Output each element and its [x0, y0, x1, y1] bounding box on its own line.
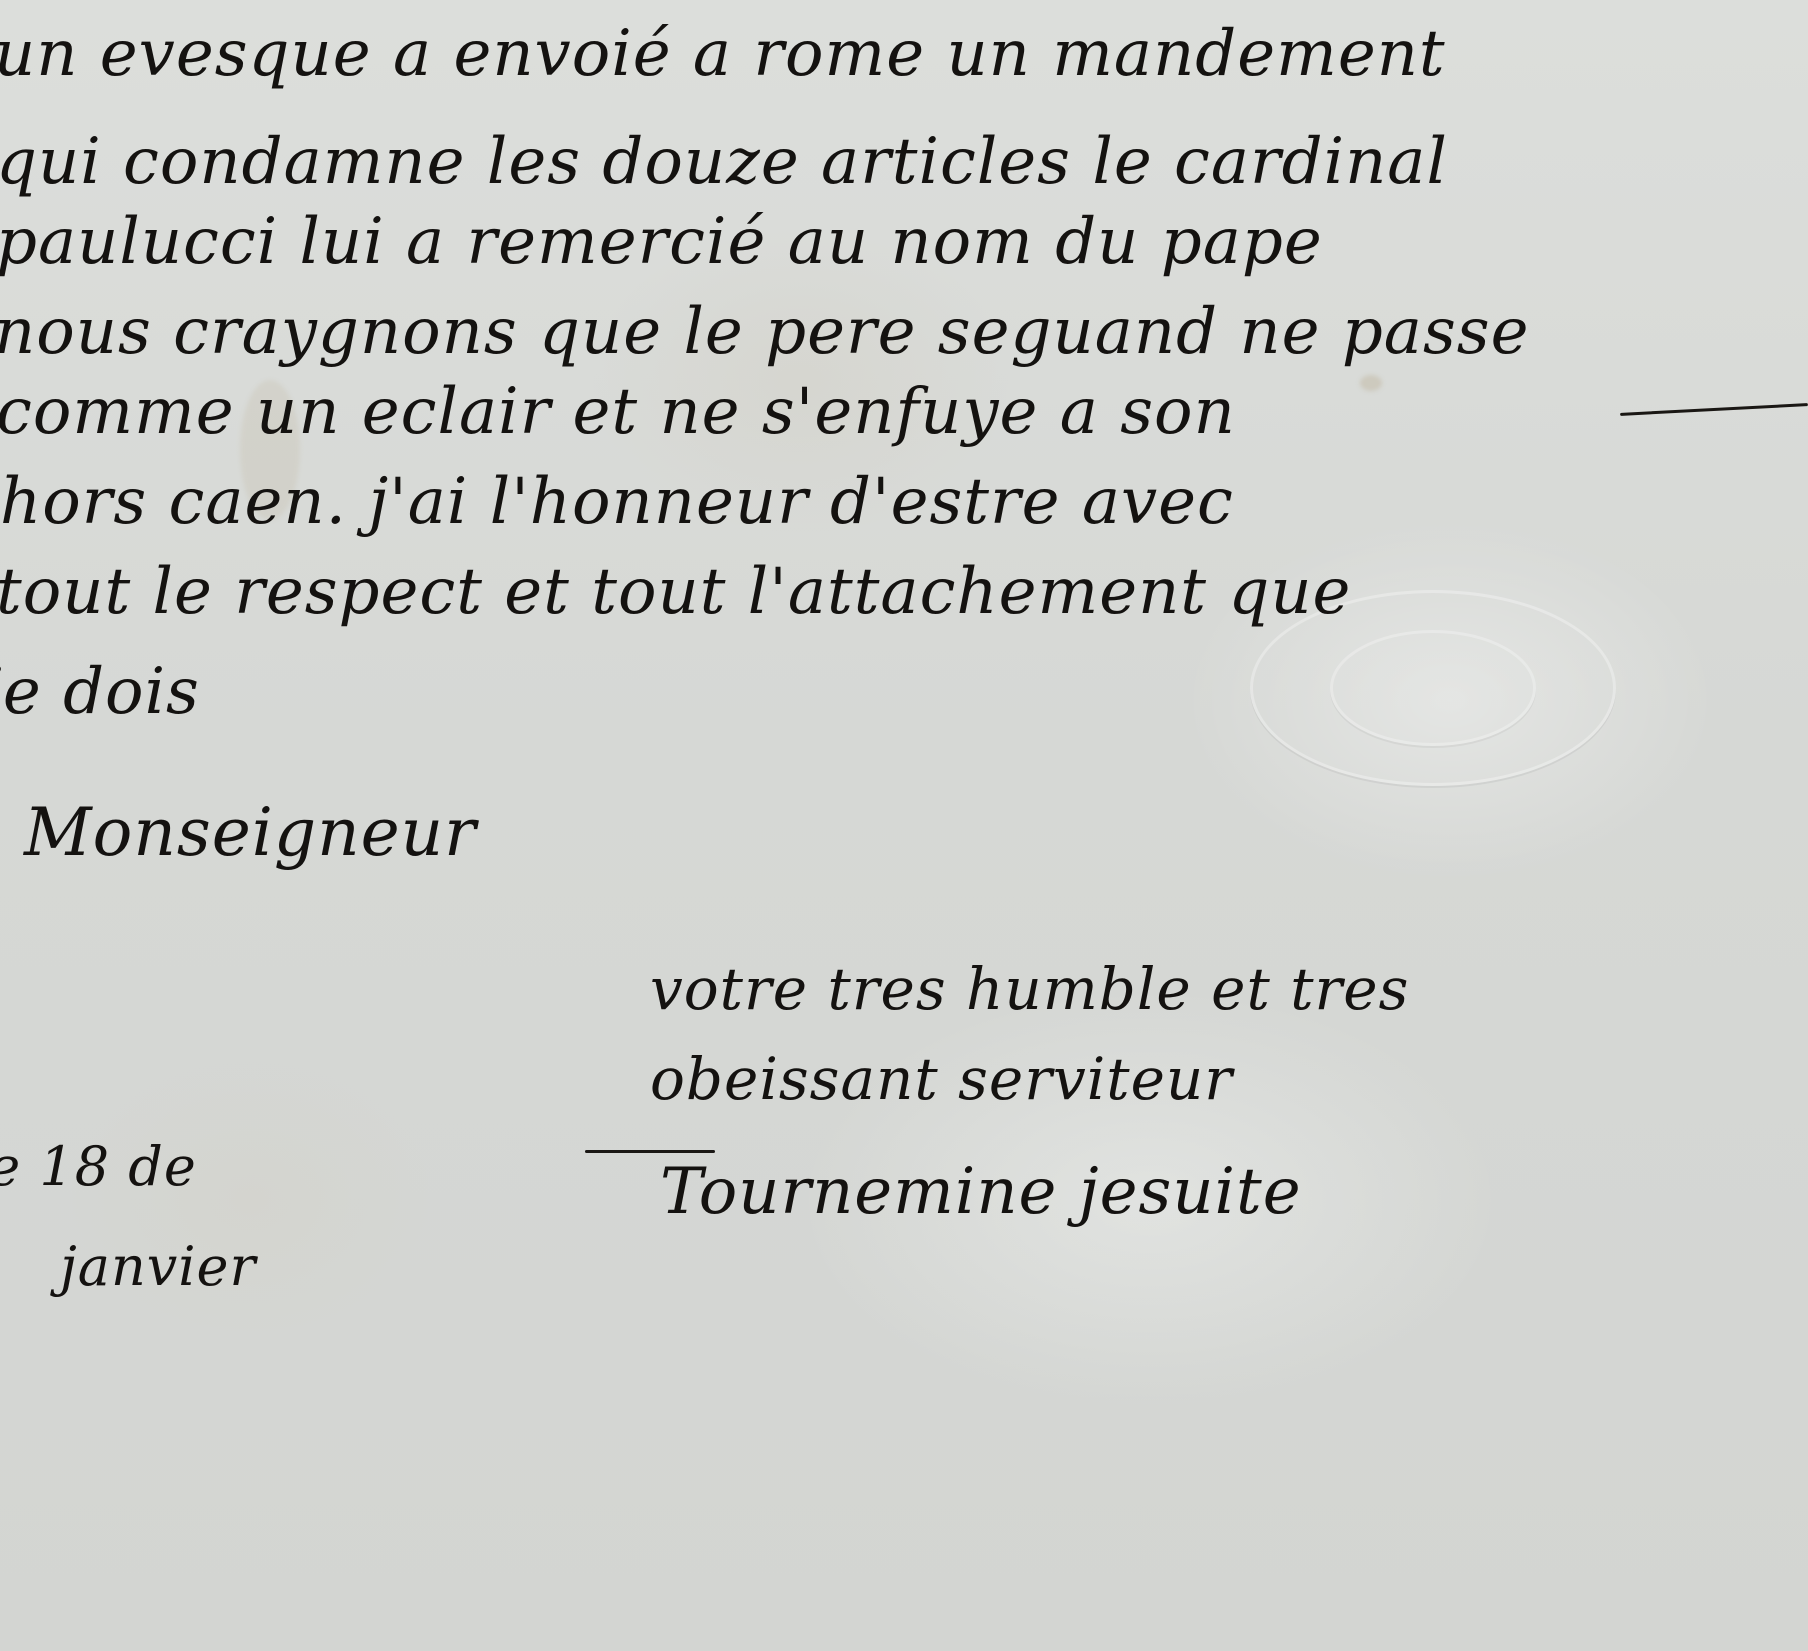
signature: Tournemine jesuite — [660, 1160, 1302, 1224]
closing-line-1: votre tres humble et tres — [650, 960, 1409, 1018]
body-line-4: nous craygnons que le pere seguand ne pa… — [0, 300, 1530, 364]
date-line-2: janvier — [60, 1240, 256, 1294]
paper-stain — [1360, 375, 1382, 391]
body-line-7: tout le respect et tout l'attachement qu… — [0, 560, 1351, 624]
body-line-8: je dois — [0, 660, 200, 724]
body-line-1: un evesque a envoié a rome un mandement — [0, 22, 1446, 86]
seal-impression-inner — [1330, 630, 1536, 746]
body-line-5: comme un eclair et ne s'enfuye a son — [0, 380, 1236, 444]
closing-line-2: obeissant serviteur — [650, 1050, 1233, 1108]
body-line-3: paulucci lui a remercié au nom du pape — [0, 210, 1323, 274]
signature-flourish — [585, 1150, 715, 1153]
body-line-6: hors caen. j'ai l'honneur d'estre avec — [0, 470, 1234, 534]
body-line-2: qui condamne les douze articles le cardi… — [0, 130, 1448, 194]
date-line-1: le 18 de — [0, 1140, 197, 1194]
salutation: Monseigneur — [24, 800, 477, 866]
